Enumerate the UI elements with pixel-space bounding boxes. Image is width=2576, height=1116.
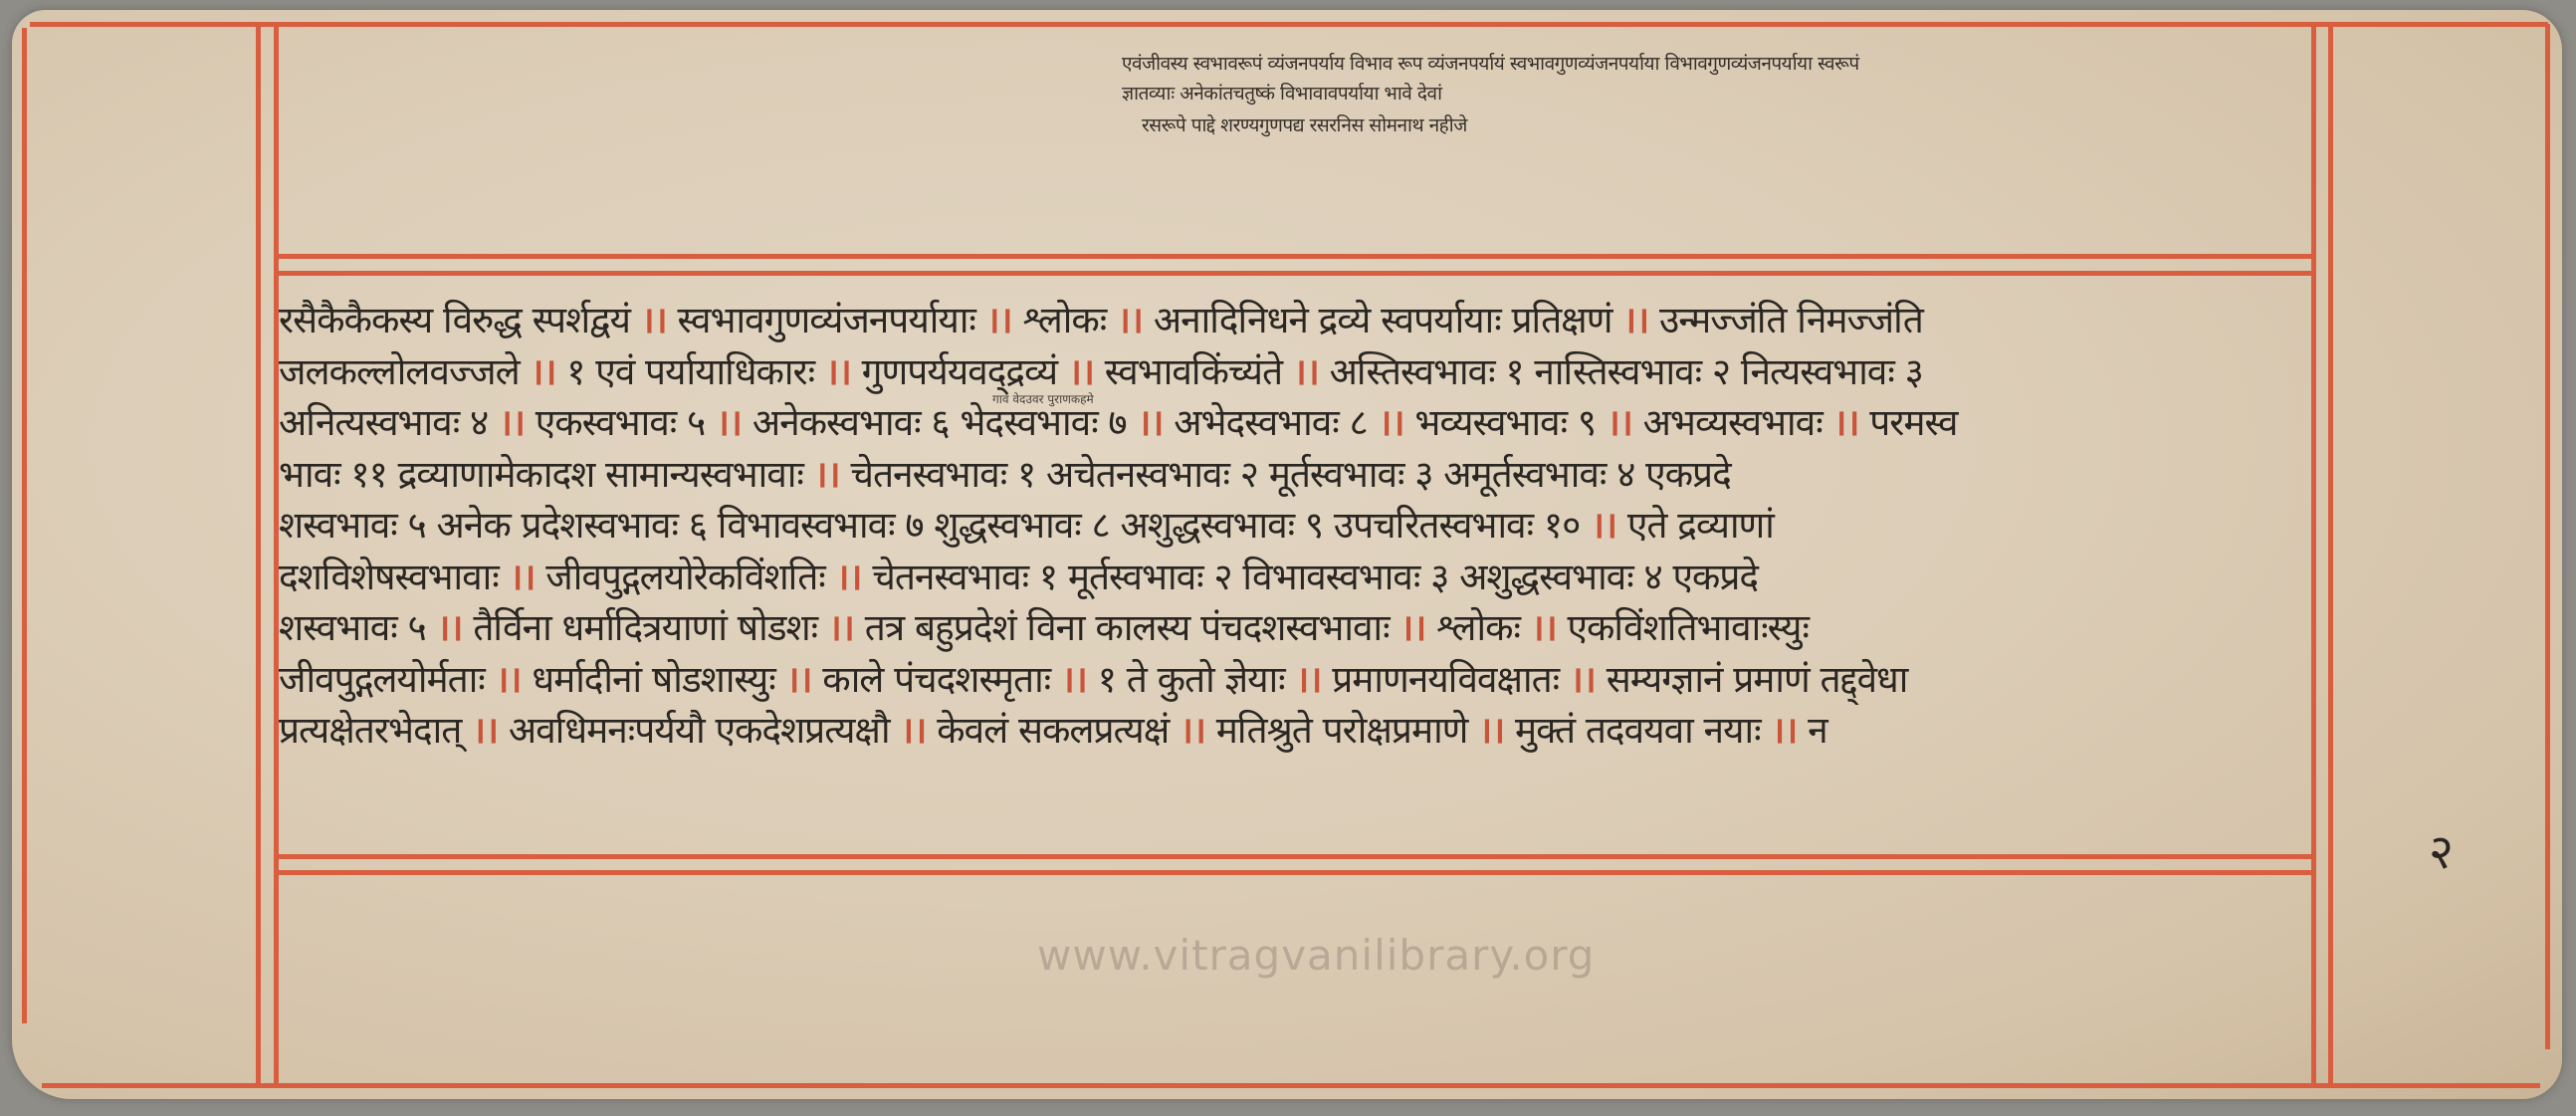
text-line-4: भावः ११ द्रव्याणामेकादश सामान्यस्वभावाः … [279,449,2304,501]
outer-border-bottom [42,1083,2540,1088]
folio-number: २ [2429,818,2454,883]
danda-mark: ।। [509,556,535,598]
danda-mark: ।। [1379,401,1404,444]
outer-border-right [2545,24,2550,1049]
danda-mark: ।। [499,401,525,444]
danda-mark: ।। [716,401,742,444]
danda-mark: ।। [1832,401,1858,444]
left-margin-rule-1 [256,22,261,1087]
danda-mark: ।। [836,556,862,598]
right-margin-rule-2 [2328,22,2333,1087]
text-line-6: दशविशेषस्वभावाः ।। जीवपुद्गलयोरेकविंशतिः… [279,552,2304,603]
danda-mark: ।। [1295,658,1321,701]
danda-mark: ।। [814,453,840,496]
text-block-bottom-rule-1 [274,854,2314,859]
danda-mark: ।। [472,709,498,752]
danda-mark: ।। [1180,709,1205,752]
watermark: www.vitragvanilibrary.org [1037,931,1595,980]
outer-border-left [22,28,27,1023]
danda-mark: ।। [1570,658,1596,701]
danda-mark: ।। [900,709,926,752]
text-line-8: जीवपुद्गलयोर्मताः ।। धर्मादीनां षोडशास्य… [279,654,2304,706]
margin-commentary-line-2: ज्ञातव्याः अनेकांतचतुष्कं विभावावपर्याया… [1122,80,1819,108]
text-block-top-rule-1 [274,254,2314,259]
text-line-9: प्रत्यक्षेतरभेदात् ।। अवधिमनःपर्ययौ एकदे… [279,705,2304,757]
text-line-7: शस्वभावः ५ ।। तैर्विना धर्मादित्रयाणां ष… [279,602,2304,654]
right-margin-rule-1 [2311,22,2316,1087]
margin-commentary-line-3: रसरूपे पाद्दे शरण्यगुणपद्य रसरनिस सोमनाथ… [1142,112,1838,139]
danda-mark: ।। [786,658,812,701]
danda-mark: ।। [1531,606,1557,649]
danda-mark: ।। [825,350,851,393]
danda-mark: ।। [1478,709,1504,752]
danda-mark: ।। [530,350,555,393]
danda-mark: ।। [437,606,463,649]
text-line-1: रसैकैकैकस्य विरुद्ध स्पर्शद्वयं ।। स्वभा… [279,295,2304,346]
danda-mark: ।। [1068,350,1094,393]
margin-commentary-line-1: एवंजीवस्य स्वभावरूपं व्यंजनपर्याय विभाव … [1122,50,2321,78]
danda-mark: ।। [986,299,1012,341]
danda-mark: ।। [1061,658,1087,701]
danda-mark: ।। [1137,401,1163,444]
text-block-bottom-rule-2 [274,870,2314,875]
danda-mark: ।। [828,606,854,649]
danda-mark: ।। [1607,401,1632,444]
text-line-2: जलकल्लोलवज्जले ।। १ एवं पर्यायाधिकारः ।।… [279,346,2304,398]
text-block-top-rule-2 [274,271,2314,276]
danda-mark: ।। [1622,299,1648,341]
danda-mark: ।। [1771,709,1797,752]
danda-mark: ।। [1117,299,1143,341]
danda-mark: ।। [1591,504,1616,547]
danda-mark: ।। [641,299,667,341]
danda-mark: ।। [1293,350,1319,393]
text-line-3: अनित्यस्वभावः ४ ।। एकस्वभावः ५ ।। अनेकस्… [279,397,2304,449]
outer-border-top [30,22,2548,27]
danda-mark: ।। [1399,606,1425,649]
text-line-5: शस्वभावः ५ अनेक प्रदेशस्वभावः ६ विभावस्व… [279,500,2304,552]
main-text-block: रसैकैकैकस्य विरुद्ध स्पर्शद्वयं ।। स्वभा… [279,295,2304,757]
danda-mark: ।। [496,658,522,701]
manuscript-page: एवंजीवस्य स्वभावरूपं व्यंजनपर्याय विभाव … [12,10,2562,1099]
